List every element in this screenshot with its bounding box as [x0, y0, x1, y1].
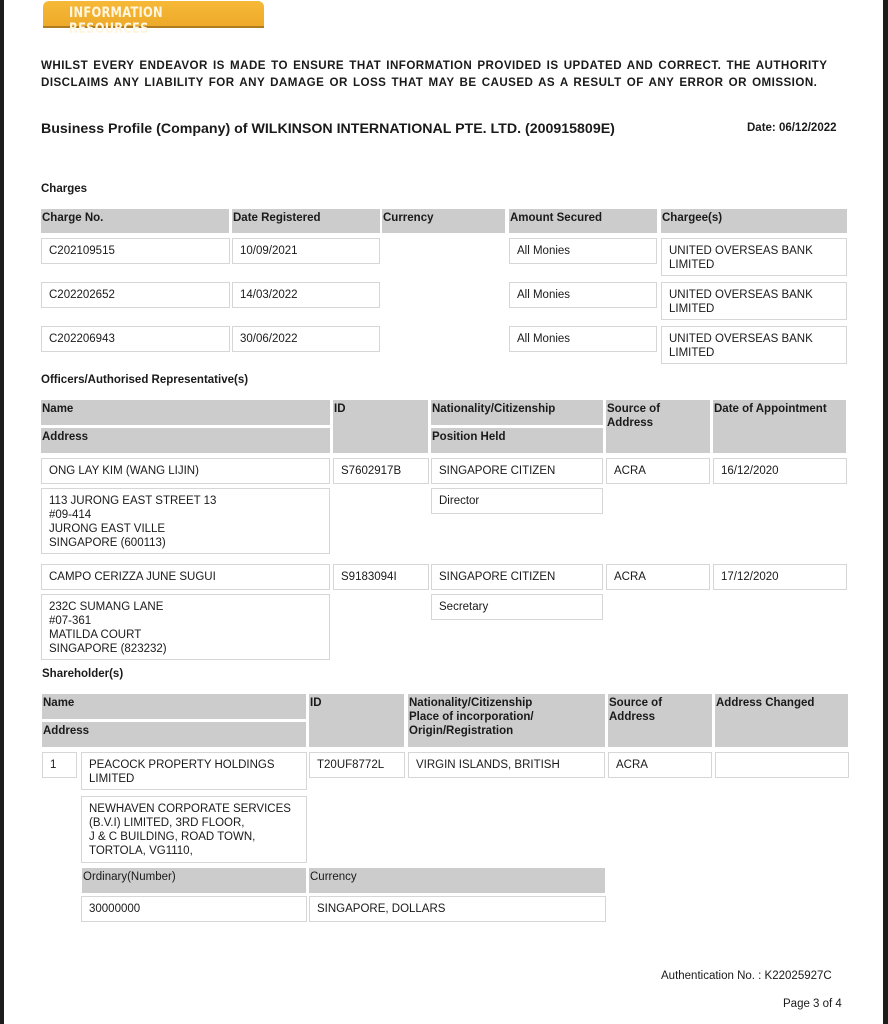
shareholders-header-address-changed: Address Changed — [715, 694, 848, 747]
chargee-cell: UNITED OVERSEAS BANK LIMITED — [661, 326, 847, 364]
shareholder-address-changed-cell — [715, 752, 849, 778]
date-registered-cell: 14/03/2022 — [232, 282, 380, 308]
officers-header-appointment: Date of Appointment — [713, 400, 846, 453]
shareholders-section-title: Shareholder(s) — [42, 668, 123, 680]
chargee-cell: UNITED OVERSEAS BANK LIMITED — [661, 282, 847, 320]
amount-secured-cell: All Monies — [509, 282, 657, 308]
officer-address-cell: 232C SUMANG LANE #07-361 MATILDA COURT S… — [41, 594, 330, 660]
officer-id-cell: S9183094I — [333, 564, 429, 590]
officer-nationality-cell: SINGAPORE CITIZEN — [431, 564, 603, 590]
officers-header-address: Address — [41, 428, 330, 453]
officer-name-cell: ONG LAY KIM (WANG LIJIN) — [41, 458, 330, 484]
shareholder-address-cell: NEWHAVEN CORPORATE SERVICES (B.V.I) LIMI… — [81, 796, 307, 863]
officer-nationality-cell: SINGAPORE CITIZEN — [431, 458, 603, 484]
officers-section-title: Officers/Authorised Representative(s) — [41, 374, 248, 386]
shareholders-header-source: Source of Address — [608, 694, 712, 747]
charges-header-date-registered: Date Registered — [232, 209, 380, 233]
amount-secured-cell: All Monies — [509, 326, 657, 352]
charges-header-chargees: Chargee(s) — [661, 209, 847, 233]
officer-name-cell: CAMPO CERIZZA JUNE SUGUI — [41, 564, 330, 590]
shareholder-index-cell: 1 — [42, 752, 77, 778]
charges-header-amount-secured: Amount Secured — [509, 209, 657, 233]
officer-appointment-cell: 17/12/2020 — [713, 564, 847, 590]
charge-no-cell: C202109515 — [41, 238, 230, 264]
officers-header-name: Name — [41, 400, 330, 425]
authentication-number: Authentication No. : K22025927C — [661, 970, 832, 982]
officer-source-cell: ACRA — [606, 458, 710, 484]
shareholder-ordinary-cell: 30000000 — [81, 896, 307, 922]
officers-header-position: Position Held — [431, 428, 603, 453]
shareholders-header-id: ID — [309, 694, 404, 747]
charges-section-title: Charges — [41, 183, 87, 195]
page-title: Business Profile (Company) of WILKINSON … — [41, 121, 615, 137]
shareholder-id-cell: T20UF8772L — [309, 752, 405, 778]
disclaimer-text: WHILST EVERY ENDEAVOR IS MADE TO ENSURE … — [41, 57, 841, 91]
shareholders-header-address: Address — [42, 722, 306, 747]
officer-appointment-cell: 16/12/2020 — [713, 458, 847, 484]
charges-header-currency: Currency — [382, 209, 505, 233]
shareholder-nationality-cell: VIRGIN ISLANDS, BRITISH — [408, 752, 605, 778]
officer-source-cell: ACRA — [606, 564, 710, 590]
officers-header-nationality: Nationality/Citizenship — [431, 400, 603, 425]
charge-no-cell: C202202652 — [41, 282, 230, 308]
page-number: Page 3 of 4 — [783, 998, 842, 1010]
date-registered-cell: 30/06/2022 — [232, 326, 380, 352]
chargee-cell: UNITED OVERSEAS BANK LIMITED — [661, 238, 847, 276]
amount-secured-cell: All Monies — [509, 238, 657, 264]
officer-position-cell: Secretary — [431, 594, 603, 620]
charge-no-cell: C202206943 — [41, 326, 230, 352]
charges-header-charge-no: Charge No. — [41, 209, 229, 233]
shareholders-header-name: Name — [42, 694, 306, 719]
viewer-edge-left — [0, 0, 4, 1024]
information-resources-banner: INFORMATION RESOURCES — [43, 1, 264, 28]
officers-header-id: ID — [333, 400, 428, 453]
officer-id-cell: S7602917B — [333, 458, 429, 484]
shareholder-source-cell: ACRA — [608, 752, 712, 778]
shareholder-currency-cell: SINGAPORE, DOLLARS — [309, 896, 606, 922]
shareholders-header-currency: Currency — [309, 868, 605, 893]
date-registered-cell: 10/09/2021 — [232, 238, 380, 264]
officer-address-cell: 113 JURONG EAST STREET 13 #09-414 JURONG… — [41, 488, 330, 554]
shareholders-header-nationality: Nationality/Citizenship Place of incorpo… — [408, 694, 605, 747]
shareholders-header-ordinary: Ordinary(Number) — [82, 868, 306, 893]
banner-label: INFORMATION RESOURCES — [69, 5, 229, 37]
report-date: Date: 06/12/2022 — [747, 122, 837, 134]
viewer-edge-right — [883, 0, 888, 1024]
officers-header-source: Source of Address — [606, 400, 710, 453]
officer-position-cell: Director — [431, 488, 603, 514]
shareholder-name-cell: PEACOCK PROPERTY HOLDINGS LIMITED — [81, 752, 307, 790]
